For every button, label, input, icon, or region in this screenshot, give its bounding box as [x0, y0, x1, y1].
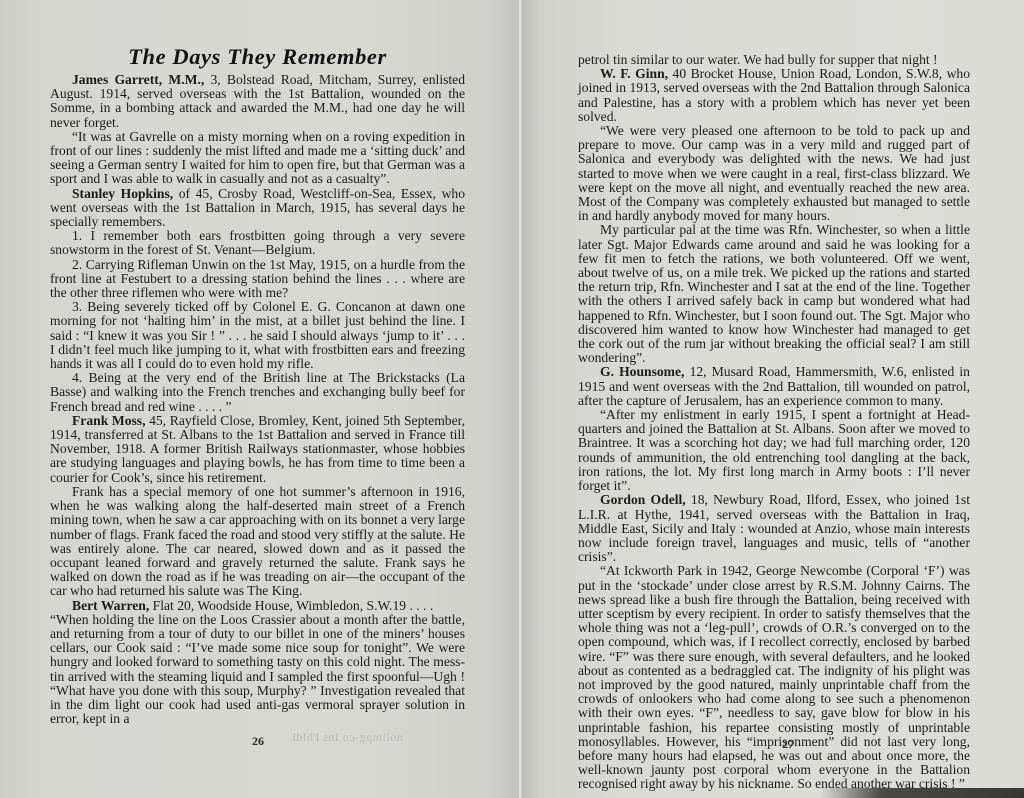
right-page: petrol tin similar to our water. We had … — [521, 0, 1024, 798]
left-page-column: The Days They Remember James Garrett, M.… — [50, 44, 465, 726]
veteran-name: Frank Moss, — [72, 413, 146, 428]
left-page-body: James Garrett, M.M., 3, Bolstead Road, M… — [50, 73, 465, 726]
veteran-name: James Garrett, M.M., — [72, 72, 204, 87]
body-paragraph: “After my enlistment in early 1915, I sp… — [578, 408, 970, 493]
body-paragraph: “When holding the line on the Loos Crass… — [50, 613, 465, 727]
paragraph-text: “When holding the line on the Loos Crass… — [50, 612, 465, 726]
paragraph-text: 2. Carrying Rifleman Unwin on the 1st Ma… — [50, 257, 465, 300]
veteran-entry-paragraph: James Garrett, M.M., 3, Bolstead Road, M… — [50, 73, 465, 130]
paragraph-text: “After my enlistment in early 1915, I sp… — [578, 407, 970, 493]
body-paragraph: My particular pal at the time was Rfn. W… — [578, 223, 970, 365]
paragraph-text: petrol tin similar to our water. We had … — [578, 52, 938, 67]
paragraph-text: “It was at Gavrelle on a misty morning w… — [50, 129, 465, 187]
right-page-column: petrol tin similar to our water. We had … — [578, 53, 970, 792]
body-paragraph: Frank has a special memory of one hot su… — [50, 485, 465, 599]
veteran-entry-paragraph: Frank Moss, 45, Rayfield Close, Bromley,… — [50, 414, 465, 485]
body-paragraph: 4. Being at the very end of the British … — [50, 371, 465, 414]
right-page-body: petrol tin similar to our water. We had … — [578, 53, 970, 792]
page-number-right: 27 — [782, 737, 794, 752]
paragraph-text: 1. I remember both ears frostbitten goin… — [50, 228, 465, 257]
body-paragraph: “At Ickworth Park in 1942, George Newcom… — [578, 564, 970, 791]
veteran-entry-paragraph: W. F. Ginn, 40 Brocket House, Union Road… — [578, 67, 970, 124]
paragraph-text: “At Ickworth Park in 1942, George Newcom… — [578, 563, 970, 791]
veteran-entry-paragraph: G. Hounsome, 12, Musard Road, Hammersmit… — [578, 365, 970, 408]
body-paragraph: “It was at Gavrelle on a misty morning w… — [50, 130, 465, 187]
book-spread: The Days They Remember James Garrett, M.… — [0, 0, 1024, 798]
paragraph-text: 3. Being severely ticked off by Colonel … — [50, 299, 465, 371]
show-through-text: nolimpg-co Ins l'hldl — [292, 730, 403, 745]
veteran-name: Gordon Odell, — [600, 492, 686, 507]
left-page: The Days They Remember James Garrett, M.… — [0, 0, 521, 798]
veteran-entry-paragraph: Stanley Hopkins, of 45, Crosby Road, Wes… — [50, 187, 465, 230]
veteran-entry-paragraph: Gordon Odell, 18, Newbury Road, Ilford, … — [578, 493, 970, 564]
veteran-entry-paragraph: Bert Warren, Flat 20, Woodside House, Wi… — [50, 599, 465, 613]
veteran-name: Bert Warren, — [72, 598, 149, 613]
veteran-name: G. Hounsome, — [600, 364, 684, 379]
paragraph-text: 4. Being at the very end of the British … — [50, 370, 465, 413]
book-spine — [518, 0, 522, 798]
body-paragraph: “We were very pleased one afternoon to b… — [578, 124, 970, 223]
paragraph-text: “We were very pleased one afternoon to b… — [578, 123, 970, 223]
paragraph-text: My particular pal at the time was Rfn. W… — [578, 222, 970, 365]
veteran-name: Stanley Hopkins, — [72, 186, 173, 201]
body-paragraph: 1. I remember both ears frostbitten goin… — [50, 229, 465, 257]
body-paragraph: 2. Carrying Rifleman Unwin on the 1st Ma… — [50, 258, 465, 301]
article-title: The Days They Remember — [50, 44, 465, 70]
veteran-name: W. F. Ginn, — [600, 66, 668, 81]
page-number-left: 26 — [252, 734, 264, 749]
background-surface — [820, 788, 1024, 798]
paragraph-text: Flat 20, Woodside House, Wimbledon, S.W.… — [149, 598, 433, 613]
body-paragraph: 3. Being severely ticked off by Colonel … — [50, 300, 465, 371]
paragraph-text: Frank has a special memory of one hot su… — [50, 484, 465, 598]
body-paragraph: petrol tin similar to our water. We had … — [578, 53, 970, 67]
